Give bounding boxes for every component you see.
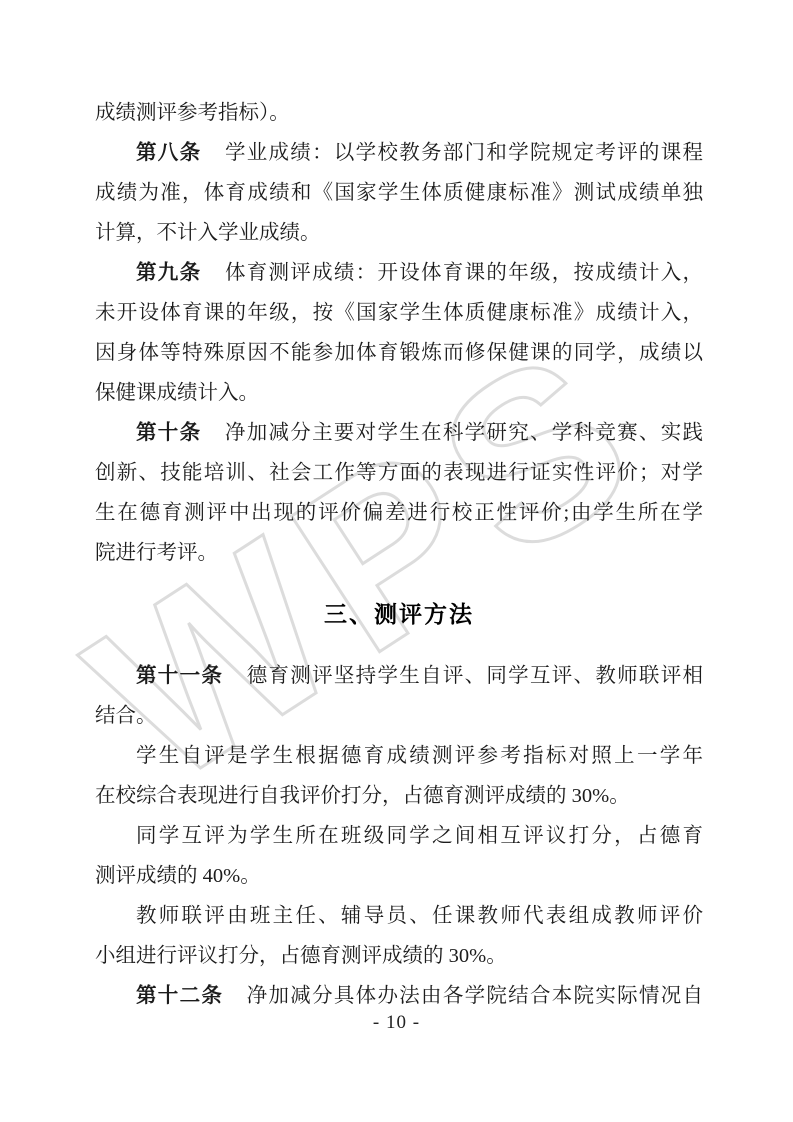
line-text: 院进行考评。 (95, 542, 218, 564)
text-line: 小组进行评议打分，占德育测评成绩的 30%。 (95, 936, 703, 976)
clause-number: 第十二条 (136, 985, 223, 1007)
text-line: 保健课成绩计入。 (95, 373, 703, 413)
text-line: 第九条体育测评成绩：开设体育课的年级，按成绩计入， (95, 253, 703, 293)
line-text: 未开设体育课的年级，按《国家学生体质健康标准》成绩计入， (95, 302, 703, 324)
line-text: 结合。 (95, 705, 157, 727)
document-page: { "document": { "section_heading": "三、测评… (0, 0, 793, 1122)
line-text: 教师联评由班主任、辅导员、任课教师代表组成教师评价 (136, 905, 703, 927)
line-text: 净加减分具体办法由各学院结合本院实际情况自 (247, 985, 703, 1007)
line-text: 净加减分主要对学生在科学研究、学科竞赛、实践 (225, 422, 703, 444)
line-text: 小组进行评议打分，占德育测评成绩的 30%。 (95, 945, 507, 967)
text-line: 第十二条净加减分具体办法由各学院结合本院实际情况自 (95, 976, 703, 1016)
text-line: 测评成绩的 40%。 (95, 856, 703, 896)
text-line: 创新、技能培训、社会工作等方面的表现进行证实性评价；对学 (95, 453, 703, 493)
line-text: 生在德育测评中出现的评价偏差进行校正性评价;由学生所在学 (95, 502, 703, 524)
text-line: 第十一条德育测评坚持学生自评、同学互评、教师联评相 (95, 656, 703, 696)
section-heading: 三、测评方法 (95, 594, 703, 634)
text-line: 因身体等特殊原因不能参加体育锻炼而修保健课的同学，成绩以 (95, 333, 703, 373)
text-line: 成绩为准，体育成绩和《国家学生体质健康标准》测试成绩单独 (95, 173, 703, 213)
text-line: 生在德育测评中出现的评价偏差进行校正性评价;由学生所在学 (95, 493, 703, 533)
line-text: 保健课成绩计入。 (95, 382, 259, 404)
page-footer: - 10 - (0, 1012, 793, 1034)
text-line: 第十条净加减分主要对学生在科学研究、学科竞赛、实践 (95, 413, 703, 453)
clause-number: 第九条 (136, 262, 201, 284)
paragraph-lines-bottom: 第十一条德育测评坚持学生自评、同学互评、教师联评相结合。学生自评是学生根据德育成… (95, 656, 703, 1016)
clause-number: 第十一条 (136, 665, 223, 687)
line-text: 德育测评坚持学生自评、同学互评、教师联评相 (247, 665, 703, 687)
line-text: 成绩为准，体育成绩和《国家学生体质健康标准》测试成绩单独 (95, 182, 703, 204)
line-text: 因身体等特殊原因不能参加体育锻炼而修保健课的同学，成绩以 (95, 342, 703, 364)
text-line: 结合。 (95, 696, 703, 736)
text-line: 院进行考评。 (95, 533, 703, 573)
line-text: 成绩测评参考指标）。 (95, 102, 290, 124)
document-body: 成绩测评参考指标）。第八条学业成绩：以学校教务部门和学院规定考评的课程成绩为准，… (95, 93, 703, 1016)
text-line: 在校综合表现进行自我评价打分，占德育测评成绩的 30%。 (95, 776, 703, 816)
line-text: 体育测评成绩：开设体育课的年级，按成绩计入， (225, 262, 703, 284)
line-text: 学生自评是学生根据德育成绩测评参考指标对照上一学年 (136, 745, 703, 767)
paragraph-lines-top: 成绩测评参考指标）。第八条学业成绩：以学校教务部门和学院规定考评的课程成绩为准，… (95, 93, 703, 573)
text-line: 教师联评由班主任、辅导员、任课教师代表组成教师评价 (95, 896, 703, 936)
text-line: 计算，不计入学业成绩。 (95, 213, 703, 253)
text-line: 第八条学业成绩：以学校教务部门和学院规定考评的课程 (95, 133, 703, 173)
text-line: 成绩测评参考指标）。 (95, 93, 703, 133)
text-line: 学生自评是学生根据德育成绩测评参考指标对照上一学年 (95, 736, 703, 776)
line-text: 在校综合表现进行自我评价打分，占德育测评成绩的 30%。 (95, 785, 630, 807)
line-text: 同学互评为学生所在班级同学之间相互评议打分，占德育 (136, 825, 703, 847)
line-text: 计算，不计入学业成绩。 (95, 222, 321, 244)
line-text: 学业成绩：以学校教务部门和学院规定考评的课程 (225, 142, 703, 164)
line-text: 测评成绩的 40%。 (95, 865, 261, 887)
page-number: - 10 - (373, 1012, 420, 1033)
clause-number: 第十条 (136, 422, 201, 444)
text-line: 同学互评为学生所在班级同学之间相互评议打分，占德育 (95, 816, 703, 856)
text-line: 未开设体育课的年级，按《国家学生体质健康标准》成绩计入， (95, 293, 703, 333)
line-text: 创新、技能培训、社会工作等方面的表现进行证实性评价；对学 (95, 462, 703, 484)
clause-number: 第八条 (136, 142, 201, 164)
